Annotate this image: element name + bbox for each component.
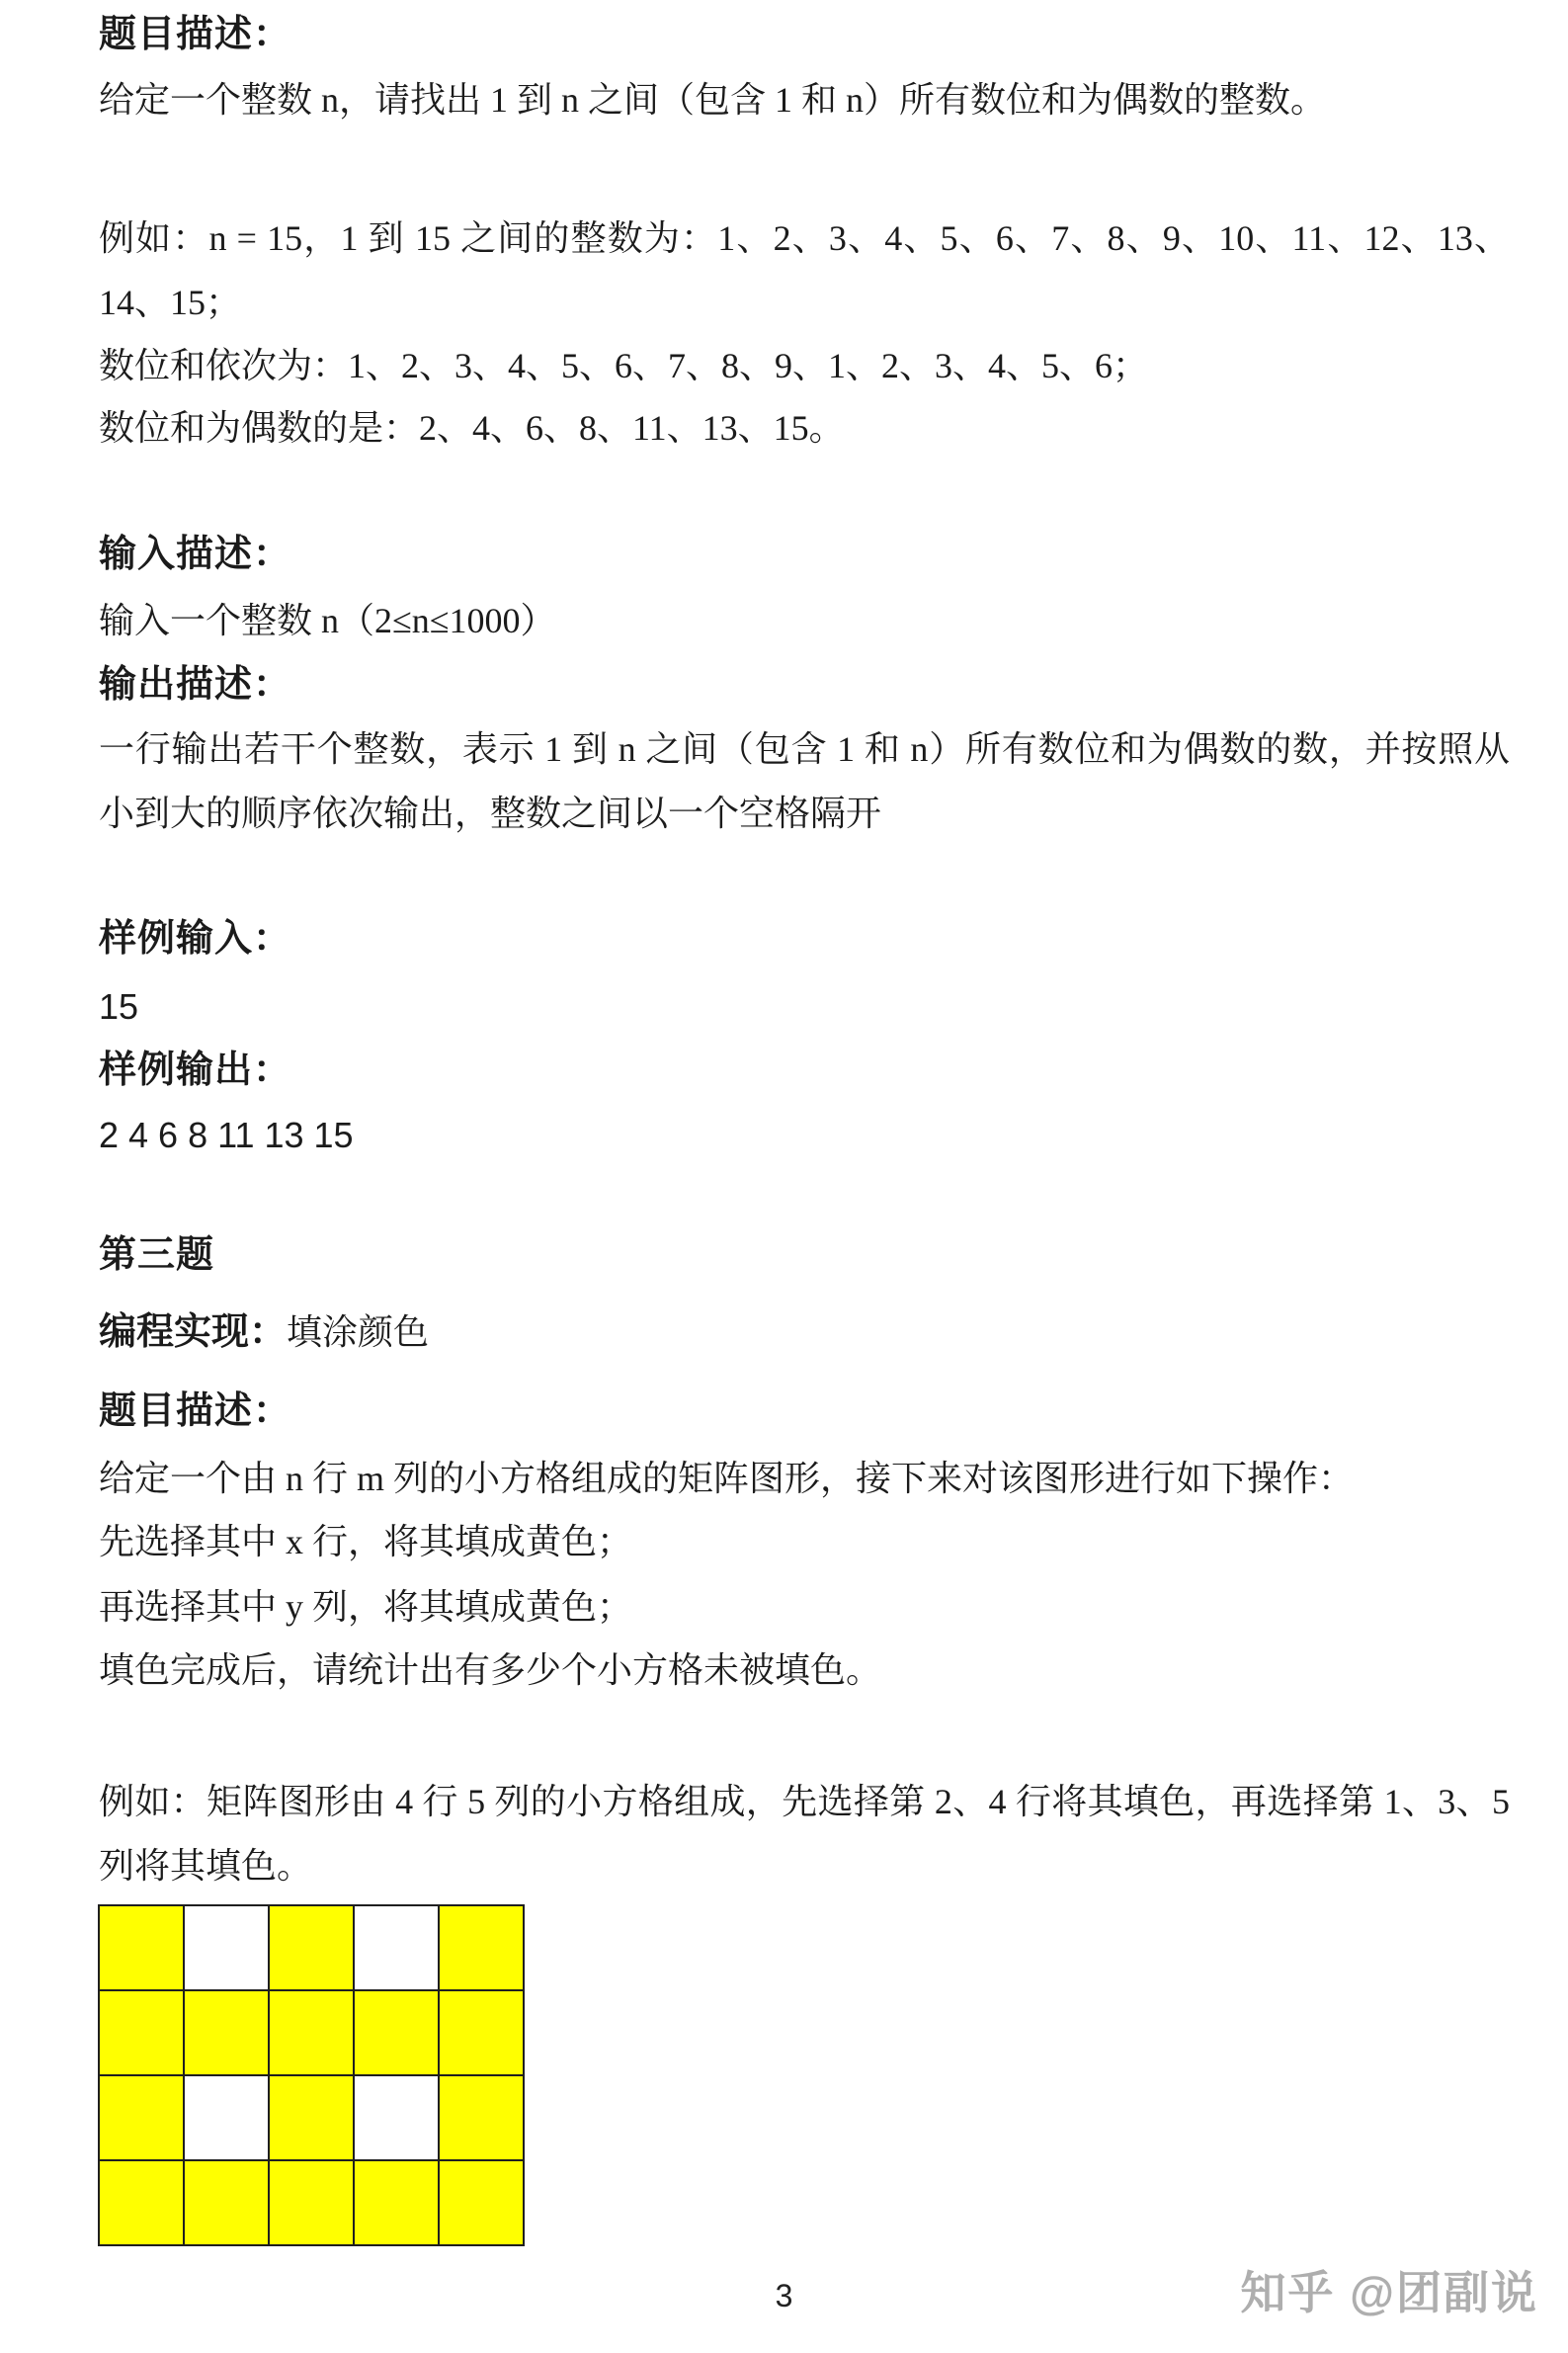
grid-cell-filled xyxy=(185,2161,268,2244)
grid-cell-filled xyxy=(355,1991,438,2074)
grid-cell-filled xyxy=(270,2161,353,2244)
color-fill-grid xyxy=(98,1904,525,2246)
document-page: 题目描述： 给定一个整数 n，请找出 1 到 n 之间（包含 1 和 n）所有数… xyxy=(0,0,1568,2353)
p3-task-line: 编程实现：填涂颜色 xyxy=(99,1301,1510,1365)
p3-step1: 先选择其中 x 行，将其填成黄色； xyxy=(99,1510,1510,1574)
grid-cell-filled xyxy=(355,2161,438,2244)
grid-cell-filled xyxy=(270,1906,353,1989)
p2-input-heading: 输入描述： xyxy=(99,523,1510,587)
p2-example-line2: 数位和依次为：1、2、3、4、5、6、7、8、9、1、2、3、4、5、6； xyxy=(99,334,1510,398)
grid-cell-filled xyxy=(440,2161,523,2244)
grid-cell-filled xyxy=(440,1991,523,2074)
grid-cell-filled xyxy=(440,2076,523,2159)
grid-cell-empty xyxy=(185,2076,268,2159)
grid-cell-filled xyxy=(100,2161,183,2244)
p2-input-desc: 输入一个整数 n（2≤n≤1000） xyxy=(99,589,1510,653)
p2-sample-output-heading: 样例输出： xyxy=(99,1039,1510,1103)
grid-cell-empty xyxy=(355,2076,438,2159)
p2-output-heading: 输出描述： xyxy=(99,653,1510,717)
grid-cell-filled xyxy=(100,1906,183,1989)
grid-cell-filled xyxy=(185,1991,268,2074)
p2-desc-text: 给定一个整数 n，请找出 1 到 n 之间（包含 1 和 n）所有数位和为偶数的… xyxy=(99,68,1510,132)
p2-sample-input-heading: 样例输入： xyxy=(99,907,1510,971)
p2-example-line1: 例如：n = 15，1 到 15 之间的整数为：1、2、3、4、5、6、7、8、… xyxy=(99,207,1510,335)
grid-cell-filled xyxy=(270,2076,353,2159)
p2-sample-input-value: 15 xyxy=(99,974,1510,1039)
p2-output-desc: 一行输出若干个整数，表示 1 到 n 之间（包含 1 和 n）所有数位和为偶数的… xyxy=(99,717,1510,846)
watermark: 知乎 @团副说 xyxy=(1240,2257,1538,2322)
p2-example-line3: 数位和为偶数的是：2、4、6、8、11、13、15。 xyxy=(99,396,1510,461)
p3-example-text: 例如：矩阵图形由 4 行 5 列的小方格组成，先选择第 2、4 行将其填色，再选… xyxy=(99,1770,1510,1898)
p3-step2: 再选择其中 y 列，将其填成黄色； xyxy=(99,1575,1510,1639)
grid-cell-empty xyxy=(185,1906,268,1989)
grid-cell-filled xyxy=(100,1991,183,2074)
p3-title: 第三题 xyxy=(99,1223,1510,1288)
grid-cell-filled xyxy=(100,2076,183,2159)
grid-cell-empty xyxy=(355,1906,438,1989)
p2-sample-output-value: 2 4 6 8 11 13 15 xyxy=(99,1103,1510,1167)
grid-cell-filled xyxy=(440,1906,523,1989)
p3-task-label: 编程实现： xyxy=(99,1311,287,1353)
grid-cell-filled xyxy=(270,1991,353,2074)
p3-desc-heading: 题目描述： xyxy=(99,1380,1510,1444)
p3-step3: 填色完成后，请统计出有多少个小方格未被填色。 xyxy=(99,1639,1510,1703)
p3-task-name: 填涂颜色 xyxy=(287,1312,429,1352)
p2-desc-heading: 题目描述： xyxy=(99,3,1510,67)
p3-desc-text: 给定一个由 n 行 m 列的小方格组成的矩阵图形，接下来对该图形进行如下操作： xyxy=(99,1447,1510,1511)
